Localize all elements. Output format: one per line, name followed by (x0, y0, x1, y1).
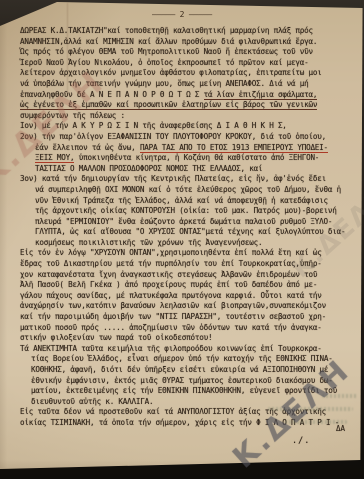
text-line: ἕδρας τοῦ Δικαστηρίου μετά τήν πυρπόλησί… (20, 259, 354, 270)
text-segment: διευθυντοῦ αὐτῆς κ. ΚΑΛΛΙΓΑ. (31, 397, 153, 406)
text-segment: ἕδρας τοῦ Δικαστηρίου μετά τήν πυρπόλησί… (20, 259, 322, 268)
text-line: κοσμήσεως ποικιλιστικῆς τῶν χρόνων τῆς Ἀ… (20, 238, 354, 249)
text-line: ματίου, ἐκτεθειμένης εἰς τήν ΕΘΝΙΚΗΝ ΠΙΝ… (20, 386, 354, 397)
text-segment: καί τήν παροιμιώδη ἀμοιβήν των "ΝΤΙΣ ΠΑΡ… (20, 312, 326, 321)
text-line: ΓΛΥΠΤΑ, ὡς καί αἴθουσα "Ο ΧΡΥΣΟΣ ΟΝΤΑΣ"μ… (20, 227, 354, 238)
text-line: ΔΩΡΕΑΣ Κ.Δ.ΤΑΚΙΑΤΖΗ"καί τοποθετηθῇ καλαι… (20, 26, 354, 37)
text-segment: ΔΩΡΕΑΣ Κ.Δ.ΤΑΚΙΑΤΖΗ"καί τοποθετηθῇ καλαι… (20, 26, 313, 35)
text-line: ΞΕΙΣ ΜΟΥ, ὑποκινηθέντα κίνητρα, ἡ Κοζάνη… (20, 153, 354, 164)
text-segment: ΑΝΑΜΝΗΣΙΝ,ἀλλά καί ΜΙΜΗΣΙΝ καί ἄλλων προ… (20, 37, 317, 46)
text-segment: ἐάν ἔλλειπον τά ὡς ἄνω, (35, 143, 140, 152)
page-number: ————— 2 ————— (0, 10, 364, 19)
text-line: Ὡς πρός τό φλέγον ΘΕΜΑ τοῦ Μητροπολιτικο… (20, 47, 354, 58)
ink-bleed-smudge (285, 420, 347, 424)
underlined-text: ὡς ἐγένετο ἐξ ἐμπαθῶν καί προσωπικῶν ἐλα… (20, 100, 317, 110)
text-line: ἐθνικήν ἐμφάνισιν, ἐκτός μιᾶς ΘΥΡΑΣ τμήμ… (20, 376, 354, 387)
text-segment: ἐθνικήν ἐμφάνισιν, ἐκτός μιᾶς ΘΥΡΑΣ τμήμ… (31, 376, 333, 385)
underlined-text: τά λίαν ἐπιζήμια σφάλματα, (204, 90, 318, 100)
text-segment: 2ον) τήν παρ'ὀλίγον ΕΞΑΦΑΝΙΣΙΝ ΤΟΥ ΠΛΟΥΤ… (20, 132, 326, 141)
text-line: χον καταφανέστατα ἴχνη ἀναγκαστικῆς στεγ… (20, 270, 354, 281)
text-line: 2ον) τήν παρ'ὀλίγον ΕΞΑΦΑΝΙΣΙΝ ΤΟΥ ΠΛΟΥΤ… (20, 132, 354, 143)
text-segment: νά συμπεριληφθῇ ΟΧΙ ΜΟΝΟΝ καί ὁ τότε ἐλε… (35, 185, 341, 194)
text-segment: πλευρά "ΕΡΜΙΟΝΙΟΥ" ἔνθα ἐσώζοντο ἀρκετά … (35, 217, 332, 226)
text-line: ΤΑΣΤΙΑΣ Ο ΜΑΛΛΟΝ ΠΡΟΣΟΔΟΦΟΡΟΣ ΝΟΜΟΣ ΤΗΣ … (20, 164, 354, 175)
text-segment: Τά ΑΝΕΚΤΙΜΗΤΑ ταῦτα κειμήλια τῆς φιλοπρο… (20, 344, 322, 353)
underlined-text: ΠΑΡΑ ΤΑΣ ΑΠΟ ΤΟ ΕΤΟΣ 1913 ΕΜΠΕΙΡΟΥΣ ΥΠΟΔ… (140, 143, 328, 153)
text-segment: ἀναχώρησίν των,κατόπιν βαναύσων λεηλασιῶ… (20, 301, 326, 310)
text-segment: 3ον) κατά τήν δημιουργίαν τῆς Κεντρικῆς … (20, 174, 326, 183)
continuation-syllable: ΔΑ (336, 424, 345, 433)
text-segment: τῆς ἀρχοντικῆς οἰκίας ΚΟΝΤΟΡΟΥΣΗ (οἰκία:… (35, 206, 337, 215)
text-line: ματικοῦ ποσοῦ πρός ..... ἀποζημίωσιν τῶν… (20, 323, 354, 334)
text-line: Τά ΑΝΕΚΤΙΜΗΤΑ ταῦτα κειμήλια τῆς φιλοπρο… (20, 344, 354, 355)
text-line: 3ον) κατά τήν δημιουργίαν τῆς Κεντρικῆς … (20, 174, 354, 185)
text-segment: χον καταφανέστατα ἴχνη ἀναγκαστικῆς στεγ… (20, 270, 317, 279)
text-segment: λείτερον ἀρχαιολογικόν μνημεῖον ἀφθάστου… (20, 68, 322, 77)
text-segment: Ἀλῆ Πασοῦ( Βελῆ Γκέκα ) ἀπό προχείρους π… (20, 280, 317, 289)
scanned-document-screen: ————— 2 ————— ΔΩΡΕΑΣ Κ.Δ.ΤΑΚΙΑΤΖΗ"καί το… (0, 0, 364, 479)
text-segment: κοσμήσεως ποικιλιστικῆς τῶν χρόνων τῆς Ἀ… (35, 238, 262, 247)
text-segment: ἐπαναληφθοῦν δέ Α Ν Ε Π Α Ν Ο Ρ Θ Ω Τ Ω … (20, 90, 204, 99)
text-line: ἀναχώρησίν των,κατόπιν βαναύσων λεηλασιῶ… (20, 301, 354, 312)
text-line: Ἱεροῦ Ναοῦ Ἁγίου Νικολάου, ὁ ὁποῖος ἐκπρ… (20, 58, 354, 69)
text-segment: ΚΟΘΗΚΗΣ, ἀφανῆ, διότι δέν ὑπῆρξεν εἰσέτι… (31, 365, 328, 374)
text-segment: Ὡς πρός τό φλέγον ΘΕΜΑ τοῦ Μητροπολιτικο… (20, 47, 313, 56)
text-line: τῆς ἀρχοντικῆς οἰκίας ΚΟΝΤΟΡΟΥΣΗ (οἰκία:… (20, 206, 354, 217)
text-segment: Εἰς τόν ἐν λόγῳ "ΧΡΥΣΟΥΝ ΟΝΤΑΝ",χρησιμοπ… (20, 248, 322, 257)
ink-bleed-smudge (268, 407, 353, 411)
text-line: ἐάν ἔλλειπον τά ὡς ἄνω, ΠΑΡΑ ΤΑΣ ΑΠΟ ΤΟ … (20, 143, 354, 154)
text-segment: ματίου, ἐκτεθειμένης εἰς τήν ΕΘΝΙΚΗΝ ΠΙΝ… (31, 386, 337, 395)
text-segment: νά ὑποβάλω τήν ταπεινήν γνώμην μου, ὅπως… (20, 79, 309, 88)
text-segment: νῦν Ἐθνική Τράπεζα τῆς Ἑλλάδος, ἀλλά καί… (35, 196, 328, 205)
text-segment: συμφερόντων τῆς πόλεως : (20, 111, 125, 120)
text-line: Ιον) μέ τήν Α Κ Υ Ρ Ω Σ Ι Ν τῆς ἀναφερθε… (20, 121, 354, 132)
text-segment: Ἱεροῦ Ναοῦ Ἁγίου Νικολάου, ὁ ὁποῖος ἐκπρ… (20, 58, 309, 67)
text-line: νά ὑποβάλω τήν ταπεινήν γνώμην μου, ὅπως… (20, 79, 354, 90)
continuation-mark: ./. (292, 436, 310, 446)
text-line: ὡς ἐγένετο ἐξ ἐμπαθῶν καί προσωπικῶν ἐλα… (20, 100, 354, 111)
text-segment: γάλου πάχους σανίδας, μέ πλατυκέφαλα πρω… (20, 291, 322, 300)
text-line: τίας Βορείου Ἑλλάδος, εἶναι σήμερον ὑπό … (20, 354, 354, 365)
text-line: διευθυντοῦ αὐτῆς κ. ΚΑΛΛΙΓΑ. (20, 397, 354, 408)
text-line: νῦν Ἐθνική Τράπεζα τῆς Ἑλλάδος, ἀλλά καί… (20, 196, 354, 207)
text-line: νά συμπεριληφθῇ ΟΧΙ ΜΟΝΟΝ καί ὁ τότε ἐλε… (20, 185, 354, 196)
text-line: Εἰς τόν ἐν λόγῳ "ΧΡΥΣΟΥΝ ΟΝΤΑΝ",χρησιμοπ… (20, 248, 354, 259)
paper-sheet: ————— 2 ————— ΔΩΡΕΑΣ Κ.Δ.ΤΑΚΙΑΤΖΗ"καί το… (0, 0, 364, 479)
text-line: ΑΝΑΜΝΗΣΙΝ,ἀλλά καί ΜΙΜΗΣΙΝ καί ἄλλων προ… (20, 37, 354, 48)
text-segment: ΓΛΥΠΤΑ, ὡς καί αἴθουσα "Ο ΧΡΥΣΟΣ ΟΝΤΑΣ"μ… (35, 227, 345, 236)
text-line: ΚΟΘΗΚΗΣ, ἀφανῆ, διότι δέν ὑπῆρξεν εἰσέτι… (20, 365, 354, 376)
text-line: πλευρά "ΕΡΜΙΟΝΙΟΥ" ἔνθα ἐσώζοντο ἀρκετά … (20, 217, 354, 228)
text-segment: στικήν φιλοξενίαν των παρά τοῦ οἰκοδεσπό… (20, 333, 212, 342)
text-line: ἐπαναληφθοῦν δέ Α Ν Ε Π Α Ν Ο Ρ Θ Ω Τ Ω … (20, 90, 354, 101)
text-line: στικήν φιλοξενίαν των παρά τοῦ οἰκοδεσπό… (20, 333, 354, 344)
typewritten-text: ΔΩΡΕΑΣ Κ.Δ.ΤΑΚΙΑΤΖΗ"καί τοποθετηθῇ καλαι… (20, 26, 354, 429)
text-line: γάλου πάχους σανίδας, μέ πλατυκέφαλα πρω… (20, 291, 354, 302)
text-line: συμφερόντων τῆς πόλεως : (20, 111, 354, 122)
text-segment: Ιον) μέ τήν Α Κ Υ Ρ Ω Σ Ι Ν τῆς ἀναφερθε… (20, 121, 287, 130)
text-line: καί τήν παροιμιώδη ἀμοιβήν των "ΝΤΙΣ ΠΑΡ… (20, 312, 354, 323)
text-segment: ὑποκινηθέντα κίνητρα, ἡ Κοζάνη θά καθίστ… (74, 153, 319, 162)
ink-bleed-smudge (322, 394, 358, 398)
text-segment: τίας Βορείου Ἑλλάδος, εἶναι σήμερον ὑπό … (31, 354, 333, 363)
text-line: λείτερον ἀρχαιολογικόν μνημεῖον ἀφθάστου… (20, 68, 354, 79)
underlined-text: ΞΕΙΣ ΜΟΥ, (35, 153, 74, 163)
text-segment: ματικοῦ ποσοῦ πρός ..... ἀποζημίωσιν τῶν… (20, 323, 322, 332)
text-segment: ΤΑΣΤΙΑΣ Ο ΜΑΛΛΟΝ ΠΡΟΣΟΔΟΦΟΡΟΣ ΝΟΜΟΣ ΤΗΣ … (35, 164, 262, 173)
text-line: Ἀλῆ Πασοῦ( Βελῆ Γκέκα ) ἀπό προχείρους π… (20, 280, 354, 291)
